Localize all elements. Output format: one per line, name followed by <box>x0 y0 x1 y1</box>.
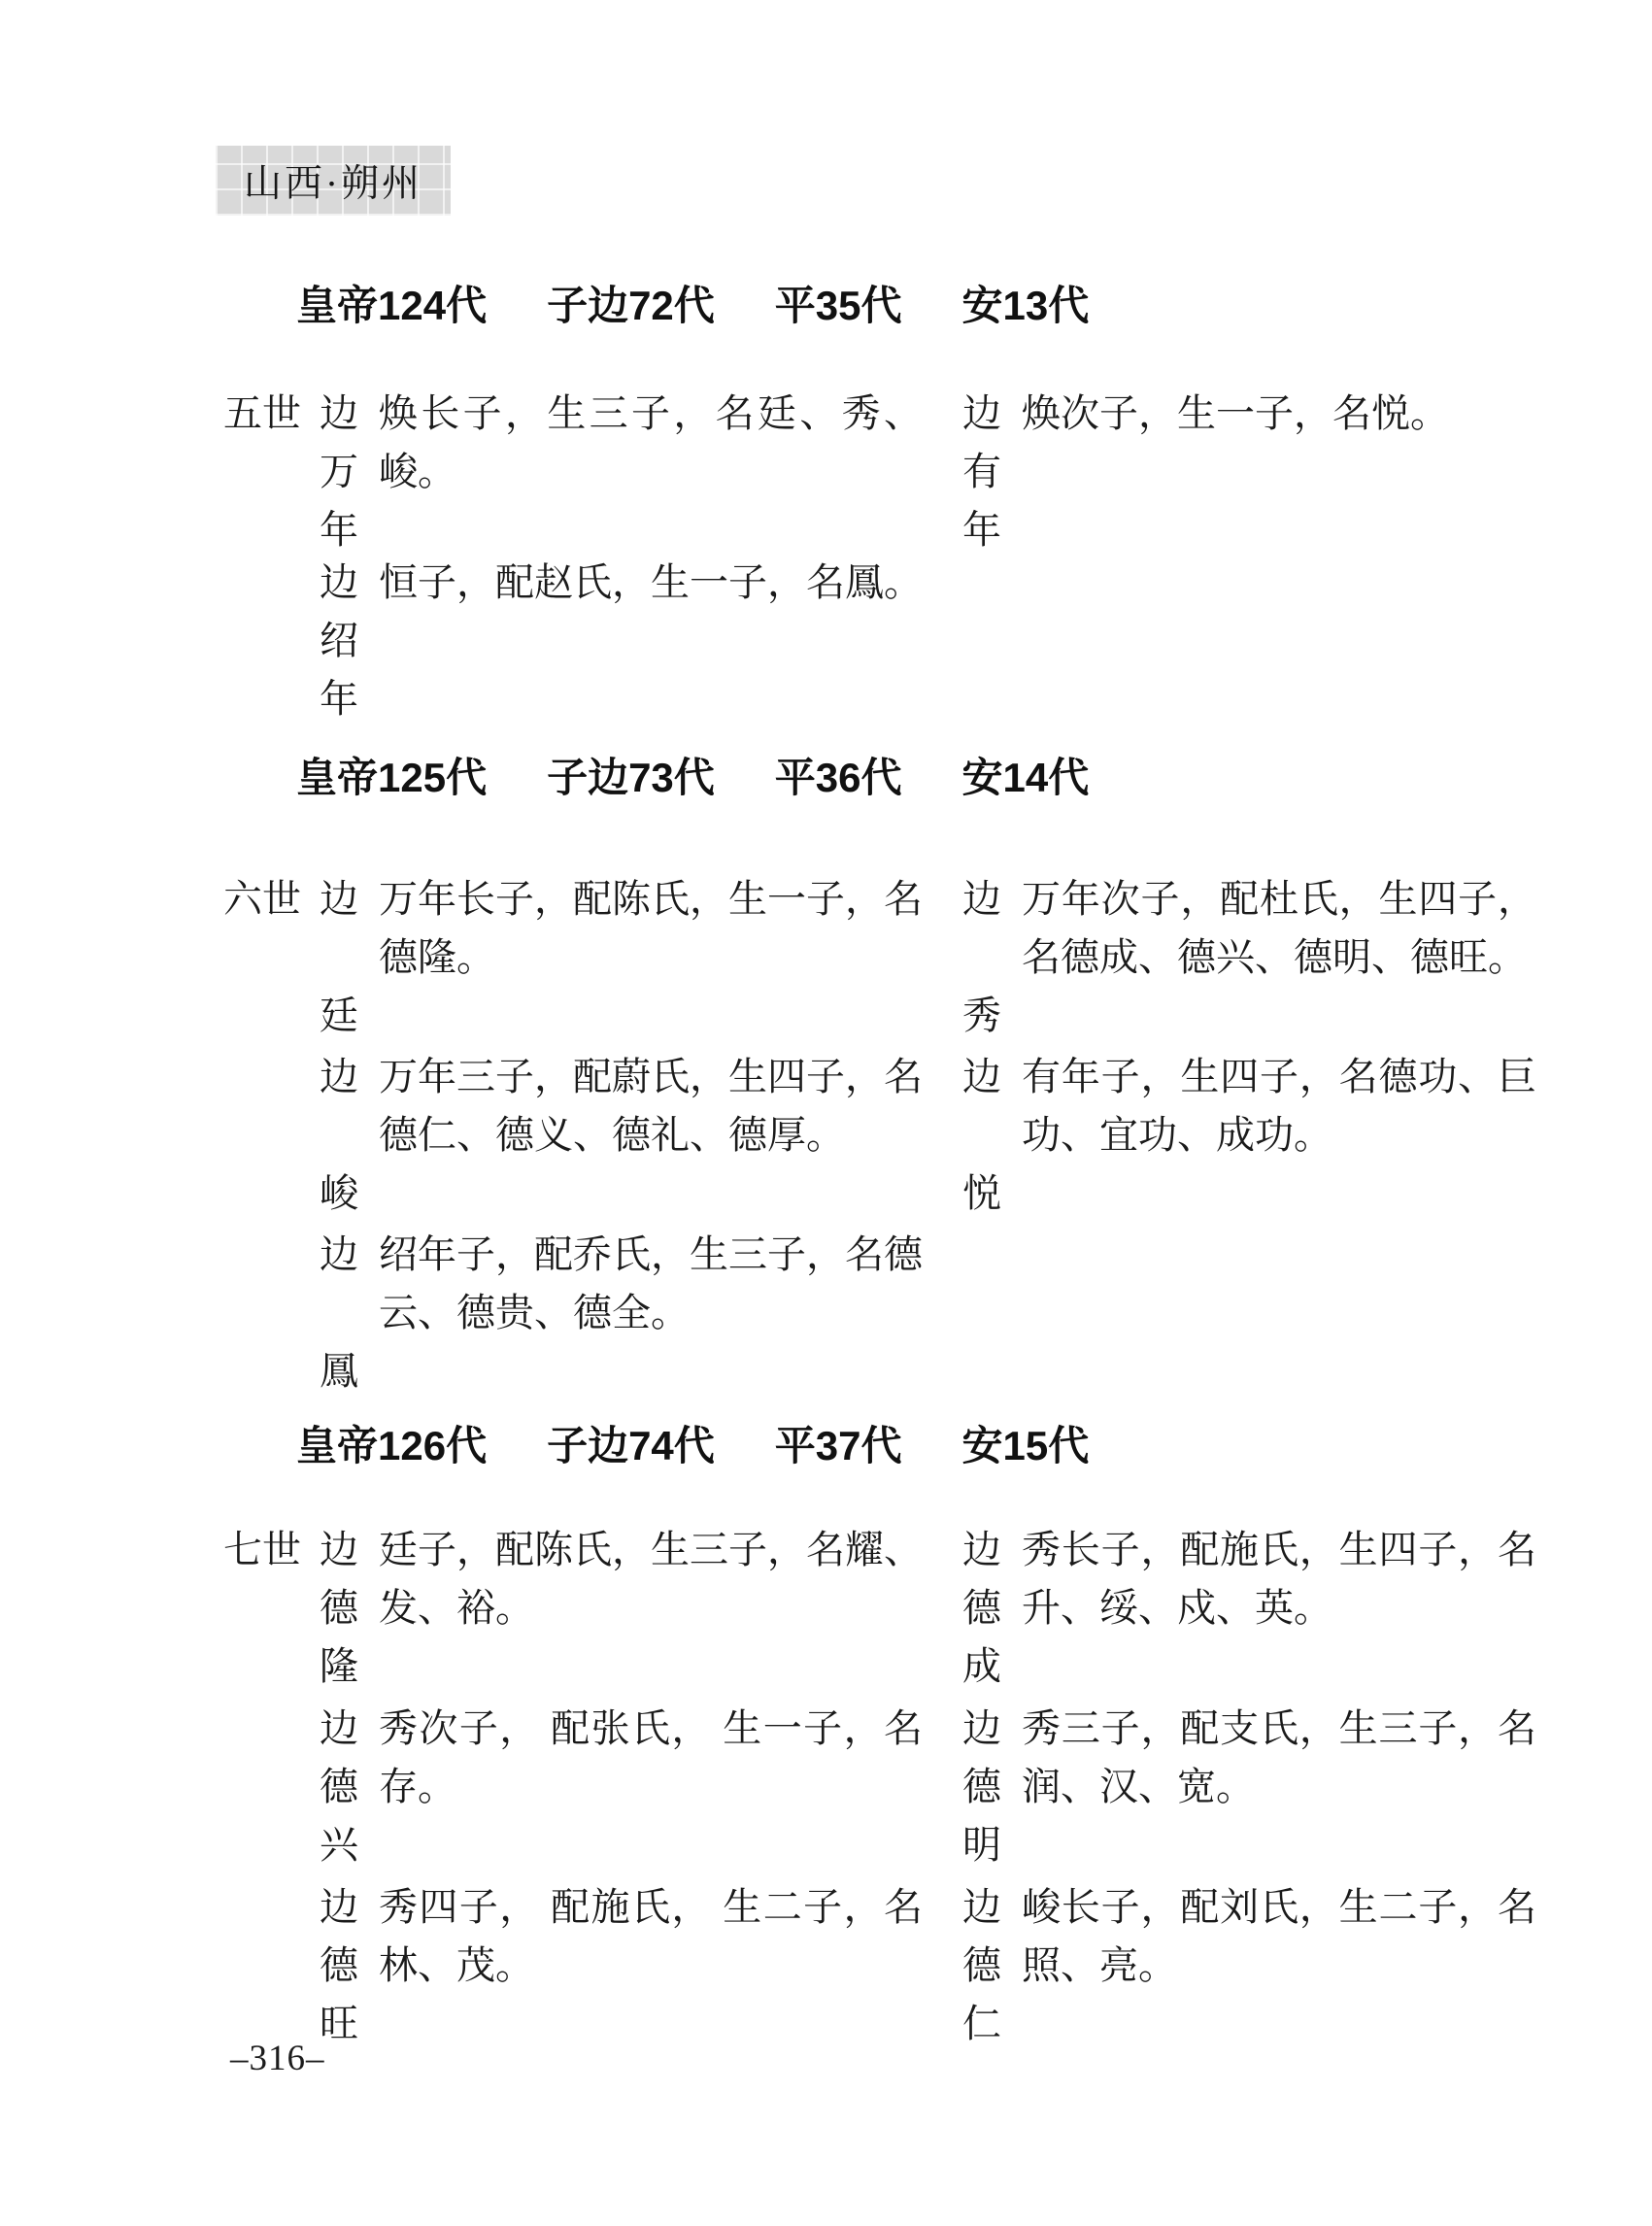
page-number: –316– <box>230 2038 325 2079</box>
entry-name: 边德仁 <box>961 1878 1002 2053</box>
genealogy-entry: 边德仁 峻长子，配刘氏，生二子，名照、亮。 <box>961 1878 1536 2053</box>
genealogy-entry: 边廷 万年长子，配陈氏，生一子，名德隆。 <box>319 870 923 1045</box>
entry-name: 边绍年 <box>319 554 359 728</box>
entry-text: 万年三子，配蔚氏，生四子，名德仁、德义、德礼、德厚。 <box>379 1048 923 1164</box>
entry-text: 焕次子，生一子，名悦。 <box>1022 385 1536 443</box>
genealogy-entry: 边悦 有年子，生四子，名德功、巨功、宜功、成功。 <box>961 1048 1536 1223</box>
genealogy-entry: 边德兴 秀次子， 配张氏， 生一子，名存。 <box>319 1700 923 1874</box>
section-heading-emperor-124: 皇帝124代 子边72代 平35代 安13代 <box>296 282 1089 330</box>
entry-name: 边万年 <box>319 385 359 559</box>
heading-part: 安15代 <box>962 1422 1090 1470</box>
entry-name: 边有年 <box>961 385 1002 559</box>
genealogy-entry: 边德成 秀长子，配施氏，生四子，名升、绥、戍、英。 <box>961 1521 1536 1696</box>
genealogy-entry: 边鳳 绍年子，配乔氏，生三子，名德云、德贵、德全。 <box>319 1226 923 1400</box>
entry-text: 秀次子， 配张氏， 生一子，名存。 <box>379 1700 923 1816</box>
genealogy-entry: 边德明 秀三子，配支氏，生三子，名润、汉、宽。 <box>961 1700 1536 1874</box>
entry-text: 焕长子，生三子，名廷、秀、峻。 <box>379 385 923 501</box>
entry-name: 边鳳 <box>319 1226 359 1400</box>
entry-name: 边德兴 <box>319 1700 359 1874</box>
genealogy-entry: 边绍年 恒子，配赵氏，生一子，名鳳。 <box>319 554 923 728</box>
genealogy-page: 山西·朔州 皇帝124代 子边72代 平35代 安13代 五世 边万年 焕长子，… <box>0 0 1652 2226</box>
section-heading-emperor-125: 皇帝125代 子边73代 平36代 安14代 <box>296 754 1089 802</box>
genealogy-entry: 边德隆 廷子，配陈氏，生三子，名耀、发、裕。 <box>319 1521 923 1696</box>
genealogy-entry: 边有年 焕次子，生一子，名悦。 <box>961 385 1536 559</box>
entry-name: 边德隆 <box>319 1521 359 1696</box>
region-badge-label: 山西·朔州 <box>244 153 422 208</box>
entry-name: 边德旺 <box>319 1878 359 2053</box>
entry-text: 廷子，配陈氏，生三子，名耀、发、裕。 <box>379 1521 923 1637</box>
heading-part: 平36代 <box>775 754 902 802</box>
entry-text: 绍年子，配乔氏，生三子，名德云、德贵、德全。 <box>379 1226 923 1342</box>
entry-name: 边德明 <box>961 1700 1002 1874</box>
entry-name: 边德成 <box>961 1521 1002 1696</box>
entry-name: 边廷 <box>319 870 359 1045</box>
entry-text: 万年长子，配陈氏，生一子，名德隆。 <box>379 870 923 987</box>
heading-part: 平35代 <box>775 282 902 330</box>
section-heading-emperor-126: 皇帝126代 子边74代 平37代 安15代 <box>296 1422 1089 1470</box>
entry-name: 边秀 <box>961 870 1002 1045</box>
heading-part: 安13代 <box>962 282 1090 330</box>
heading-part: 皇帝126代 <box>296 1422 487 1470</box>
genealogy-entry: 边万年 焕长子，生三子，名廷、秀、峻。 <box>319 385 923 559</box>
genealogy-entry: 边秀 万年次子，配杜氏，生四子，名德成、德兴、德明、德旺。 <box>961 870 1536 1045</box>
entry-text: 秀长子，配施氏，生四子，名升、绥、戍、英。 <box>1022 1521 1536 1637</box>
generation-label-5: 五世 <box>223 385 301 443</box>
heading-part: 安14代 <box>962 754 1090 802</box>
entry-text: 万年次子，配杜氏，生四子，名德成、德兴、德明、德旺。 <box>1022 870 1536 987</box>
genealogy-entry: 边峻 万年三子，配蔚氏，生四子，名德仁、德义、德礼、德厚。 <box>319 1048 923 1223</box>
entry-name: 边悦 <box>961 1048 1002 1223</box>
heading-part: 皇帝124代 <box>296 282 487 330</box>
entry-text: 秀三子，配支氏，生三子，名润、汉、宽。 <box>1022 1700 1536 1816</box>
genealogy-entry: 边德旺 秀四子， 配施氏， 生二子，名林、茂。 <box>319 1878 923 2053</box>
generation-label-6: 六世 <box>223 870 301 928</box>
heading-part: 皇帝125代 <box>296 754 487 802</box>
entry-text: 恒子，配赵氏，生一子，名鳳。 <box>379 554 923 612</box>
entry-text: 秀四子， 配施氏， 生二子，名林、茂。 <box>379 1878 923 1995</box>
heading-part: 子边73代 <box>547 754 715 802</box>
heading-part: 子边74代 <box>547 1422 715 1470</box>
heading-part: 子边72代 <box>547 282 715 330</box>
region-badge: 山西·朔州 <box>216 146 451 216</box>
entry-name: 边峻 <box>319 1048 359 1223</box>
entry-text: 有年子，生四子，名德功、巨功、宜功、成功。 <box>1022 1048 1536 1164</box>
generation-label-7: 七世 <box>223 1521 301 1579</box>
heading-part: 平37代 <box>775 1422 902 1470</box>
entry-text: 峻长子，配刘氏，生二子，名照、亮。 <box>1022 1878 1536 1995</box>
